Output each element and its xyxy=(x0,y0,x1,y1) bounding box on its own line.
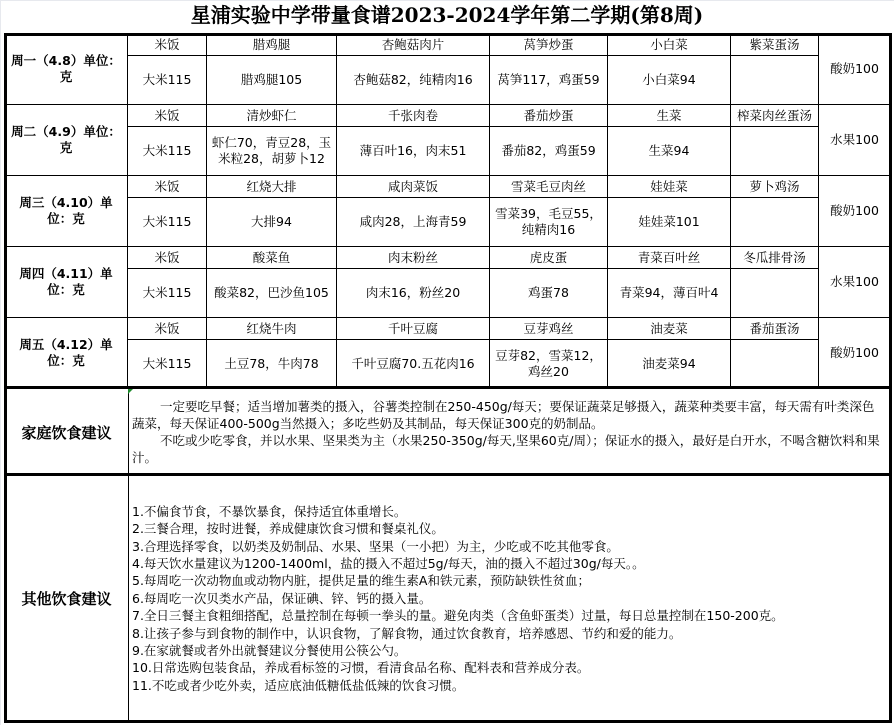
dish-name-cell: 米饭 xyxy=(128,318,207,340)
day-dish-row: 周三（4.10）单位：克米饭红烧大排咸肉菜饭雪菜毛豆肉丝娃娃菜萝卜鸡汤酸奶100 xyxy=(5,176,891,198)
advice-list-item: 10.日常选购包装食品，养成看标签的习惯，看清食品名称、配料表和营养成分表。 xyxy=(132,659,886,676)
ingredient-amount-cell: 莴笋117，鸡蛋59 xyxy=(490,56,608,105)
day-amount-row: 大米115土豆78，牛肉78千叶豆腐70.五花肉16豆芽82，雪菜12，鸡丝20… xyxy=(5,340,891,389)
page-title: 星浦实验中学带量食谱2023-2024学年第二学期(第8周) xyxy=(0,0,894,33)
extra-item-cell: 水果100 xyxy=(819,105,891,176)
ingredient-amount-cell: 油麦菜94 xyxy=(608,340,731,389)
advice-list-item: 1.不偏食节食，不暴饮暴食，保持适宜体重增长。 xyxy=(132,503,886,520)
ingredient-amount-cell xyxy=(731,198,819,247)
advice-list-item: 5.每周吃一次动物血或动物内脏，提供足量的维生素A和铁元素，预防缺铁性贫血； xyxy=(132,572,886,589)
day-label: 周三（4.10）单位：克 xyxy=(5,176,128,247)
dish-name-cell: 小白菜 xyxy=(608,34,731,56)
dish-name-cell: 红烧牛肉 xyxy=(207,318,337,340)
weekly-menu-table: 周一（4.8）单位：克米饭腊鸡腿杏鲍菇肉片莴笋炒蛋小白菜紫菜蛋汤酸奶100大米1… xyxy=(4,33,891,389)
ingredient-amount-cell: 大米115 xyxy=(128,127,207,176)
dish-name-cell: 酸菜鱼 xyxy=(207,247,337,269)
advice-list-item: 7.全日三餐主食粗细搭配，总量控制在每顿一拳头的量。避免肉类（含鱼虾蛋类）过量，… xyxy=(132,607,886,624)
ingredient-amount-cell xyxy=(731,127,819,176)
advice-list-item: 6.每周吃一次贝类水产品，保证碘、锌、钙的摄入量。 xyxy=(132,590,886,607)
advice-list-item: 8.让孩子参与到食物的制作中，认识食物，了解食物，通过饮食教育，培养感恩、节约和… xyxy=(132,625,886,642)
ingredient-amount-cell: 小白菜94 xyxy=(608,56,731,105)
ingredient-amount-cell: 大米115 xyxy=(128,56,207,105)
ingredient-amount-cell: 大排94 xyxy=(207,198,337,247)
dish-name-cell: 红烧大排 xyxy=(207,176,337,198)
extra-item-cell: 酸奶100 xyxy=(819,318,891,389)
dish-name-cell: 青菜百叶丝 xyxy=(608,247,731,269)
advice-list-item: 3.合理选择零食，以奶类及奶制品、水果、坚果（一小把）为主，少吃或不吃其他零食。 xyxy=(132,538,886,555)
dish-name-cell: 虎皮蛋 xyxy=(490,247,608,269)
dish-name-cell: 生菜 xyxy=(608,105,731,127)
ingredient-amount-cell: 青菜94，薄百叶4 xyxy=(608,269,731,318)
ingredient-amount-cell: 大米115 xyxy=(128,269,207,318)
family-advice-label: 家庭饮食建议 xyxy=(5,389,129,476)
ingredient-amount-cell xyxy=(731,340,819,389)
ingredient-amount-cell: 豆芽82，雪菜12，鸡丝20 xyxy=(490,340,608,389)
ingredient-amount-cell: 雪菜39，毛豆55，纯精肉16 xyxy=(490,198,608,247)
ingredient-amount-cell: 娃娃菜101 xyxy=(608,198,731,247)
day-amount-row: 大米115酸菜82，巴沙鱼105肉末16，粉丝20鸡蛋78青菜94，薄百叶4 xyxy=(5,269,891,318)
ingredient-amount-cell: 生菜94 xyxy=(608,127,731,176)
family-advice-text: 一定要吃早餐；适当增加薯类的摄入，谷薯类控制在250-450g/每天；要保证蔬菜… xyxy=(129,389,890,476)
ingredient-amount-cell xyxy=(731,269,819,318)
ingredient-amount-cell: 大米115 xyxy=(128,340,207,389)
dish-name-cell: 萝卜鸡汤 xyxy=(731,176,819,198)
day-dish-row: 周五（4.12）单位：克米饭红烧牛肉千叶豆腐豆芽鸡丝油麦菜番茄蛋汤酸奶100 xyxy=(5,318,891,340)
extra-item-cell: 水果100 xyxy=(819,247,891,318)
day-amount-row: 大米115腊鸡腿105杏鲍菇82，纯精肉16莴笋117，鸡蛋59小白菜94 xyxy=(5,56,891,105)
dish-name-cell: 紫菜蛋汤 xyxy=(731,34,819,56)
advice-list-item: 9.在家就餐或者外出就餐建议分餐使用公筷公勺。 xyxy=(132,642,886,659)
ingredient-amount-cell: 虾仁70，青豆28，玉米粒28，胡萝卜12 xyxy=(207,127,337,176)
ingredient-amount-cell: 腊鸡腿105 xyxy=(207,56,337,105)
extra-item-cell: 酸奶100 xyxy=(819,176,891,247)
dish-name-cell: 千张肉卷 xyxy=(337,105,490,127)
advice-list-item: 11.不吃或者少吃外卖，适应底油低糖低盐低辣的饮食习惯。 xyxy=(132,677,886,694)
dish-name-cell: 番茄炒蛋 xyxy=(490,105,608,127)
dish-name-cell: 莴笋炒蛋 xyxy=(490,34,608,56)
family-advice-section: 家庭饮食建议 一定要吃早餐；适当增加薯类的摄入，谷薯类控制在250-450g/每… xyxy=(4,388,890,476)
day-amount-row: 大米115虾仁70，青豆28，玉米粒28，胡萝卜12薄百叶16，肉末51番茄82… xyxy=(5,127,891,176)
dish-name-cell: 油麦菜 xyxy=(608,318,731,340)
cell-comment-marker xyxy=(128,389,133,394)
dish-name-cell: 冬瓜排骨汤 xyxy=(731,247,819,269)
advice-list-item: 4.每天饮水量建议为1200-1400ml，盐的摄入不超过5g/每天，油的摄入不… xyxy=(132,555,886,572)
day-amount-row: 大米115大排94咸肉28，上海青59雪菜39，毛豆55，纯精肉16娃娃菜101 xyxy=(5,198,891,247)
dish-name-cell: 米饭 xyxy=(128,176,207,198)
dish-name-cell: 米饭 xyxy=(128,34,207,56)
dish-name-cell: 清炒虾仁 xyxy=(207,105,337,127)
ingredient-amount-cell: 大米115 xyxy=(128,198,207,247)
dish-name-cell: 咸肉菜饭 xyxy=(337,176,490,198)
ingredient-amount-cell xyxy=(731,56,819,105)
day-label: 周二（4.9）单位：克 xyxy=(5,105,128,176)
section-divider xyxy=(4,386,890,389)
ingredient-amount-cell: 酸菜82，巴沙鱼105 xyxy=(207,269,337,318)
dish-name-cell: 肉末粉丝 xyxy=(337,247,490,269)
dish-name-cell: 腊鸡腿 xyxy=(207,34,337,56)
extra-item-cell: 酸奶100 xyxy=(819,34,891,105)
day-dish-row: 周一（4.8）单位：克米饭腊鸡腿杏鲍菇肉片莴笋炒蛋小白菜紫菜蛋汤酸奶100 xyxy=(5,34,891,56)
day-dish-row: 周四（4.11）单位：克米饭酸菜鱼肉末粉丝虎皮蛋青菜百叶丝冬瓜排骨汤水果100 xyxy=(5,247,891,269)
dish-name-cell: 雪菜毛豆肉丝 xyxy=(490,176,608,198)
family-advice-paragraph-2: 不吃或少吃零食，并以水果、坚果类为主（水果250-350g/每天,坚果60克/周… xyxy=(132,432,886,466)
day-dish-row: 周二（4.9）单位：克米饭清炒虾仁千张肉卷番茄炒蛋生菜榨菜肉丝蛋汤水果100 xyxy=(5,105,891,127)
advice-list-item: 2.三餐合理，按时进餐，养成健康饮食习惯和餐桌礼仪。 xyxy=(132,520,886,537)
dish-name-cell: 豆芽鸡丝 xyxy=(490,318,608,340)
dish-name-cell: 娃娃菜 xyxy=(608,176,731,198)
ingredient-amount-cell: 杏鲍菇82，纯精肉16 xyxy=(337,56,490,105)
ingredient-amount-cell: 番茄82，鸡蛋59 xyxy=(490,127,608,176)
other-advice-label: 其他饮食建议 xyxy=(5,476,129,722)
ingredient-amount-cell: 肉末16，粉丝20 xyxy=(337,269,490,318)
family-advice-paragraph-1: 一定要吃早餐；适当增加薯类的摄入，谷薯类控制在250-450g/每天；要保证蔬菜… xyxy=(132,398,886,432)
ingredient-amount-cell: 薄百叶16，肉末51 xyxy=(337,127,490,176)
dish-name-cell: 杏鲍菇肉片 xyxy=(337,34,490,56)
other-advice-list: 1.不偏食节食，不暴饮暴食，保持适宜体重增长。2.三餐合理，按时进餐，养成健康饮… xyxy=(129,476,890,722)
section-divider xyxy=(4,473,890,476)
ingredient-amount-cell: 千叶豆腐70.五花肉16 xyxy=(337,340,490,389)
dish-name-cell: 千叶豆腐 xyxy=(337,318,490,340)
other-advice-section: 其他饮食建议 1.不偏食节食，不暴饮暴食，保持适宜体重增长。2.三餐合理，按时进… xyxy=(4,475,890,722)
day-label: 周五（4.12）单位：克 xyxy=(5,318,128,389)
ingredient-amount-cell: 鸡蛋78 xyxy=(490,269,608,318)
day-label: 周四（4.11）单位：克 xyxy=(5,247,128,318)
dish-name-cell: 番茄蛋汤 xyxy=(731,318,819,340)
day-label: 周一（4.8）单位：克 xyxy=(5,34,128,105)
ingredient-amount-cell: 土豆78，牛肉78 xyxy=(207,340,337,389)
dish-name-cell: 榨菜肉丝蛋汤 xyxy=(731,105,819,127)
dish-name-cell: 米饭 xyxy=(128,105,207,127)
ingredient-amount-cell: 咸肉28，上海青59 xyxy=(337,198,490,247)
dish-name-cell: 米饭 xyxy=(128,247,207,269)
